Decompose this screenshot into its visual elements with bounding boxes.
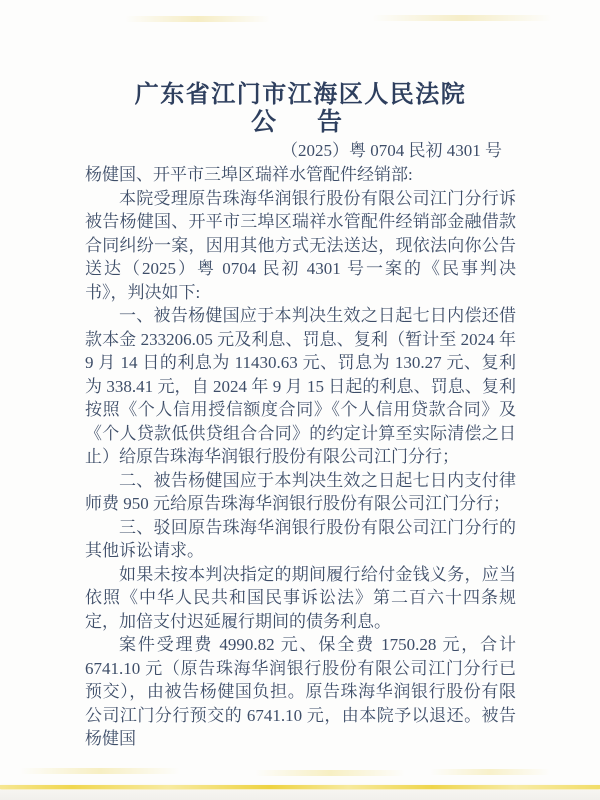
scan-artifact-bottom-smear-middle	[255, 770, 405, 776]
scan-artifact-bottom-smear-left	[20, 768, 180, 774]
court-name-heading: 广东省江门市江海区人民法院	[85, 82, 516, 109]
court-announcement-document: 广东省江门市江海区人民法院 公 告 （2025）粤 0704 民初 4301 号…	[85, 82, 516, 751]
paragraph-court-fees: 案件受理费 4990.82 元、保全费 1750.28 元，合计 6741.10…	[85, 633, 516, 751]
scan-artifact-top-left	[125, 16, 270, 22]
paragraph-judgment-item-1: 一、被告杨健国应于本判决生效之日起七日内偿还借款本金 233206.05 元及利…	[85, 304, 516, 469]
scanned-court-notice-page: 广东省江门市江海区人民法院 公 告 （2025）粤 0704 民初 4301 号…	[0, 0, 600, 800]
addressee-line: 杨健国、开平市三埠区瑞祥水管配件经销部:	[85, 163, 516, 187]
scan-artifact-top-right	[372, 15, 552, 21]
scan-paper-edge	[0, 790, 600, 800]
paragraph-late-performance-notice: 如果未按本判决指定的期间履行给付金钱义务，应当依照《中华人民共和国民事诉讼法》第…	[85, 563, 516, 634]
scan-artifact-bottom-smear-right	[430, 769, 550, 775]
paragraph-judgment-item-2: 二、被告杨健国应于本判决生效之日起七日内支付律师费 950 元给原告珠海华润银行…	[85, 469, 516, 516]
announcement-title: 公 告	[85, 109, 516, 136]
scan-artifact-bottom-line	[0, 785, 600, 789]
paragraph-judgment-item-3: 三、驳回原告珠海华润银行股份有限公司江门分行的其他诉讼请求。	[85, 516, 516, 563]
paragraph-case-intro: 本院受理原告珠海华润银行股份有限公司江门分行诉被告杨健国、开平市三埠区瑞祥水管配…	[85, 187, 516, 305]
case-number: （2025）粤 0704 民初 4301 号	[85, 139, 516, 163]
